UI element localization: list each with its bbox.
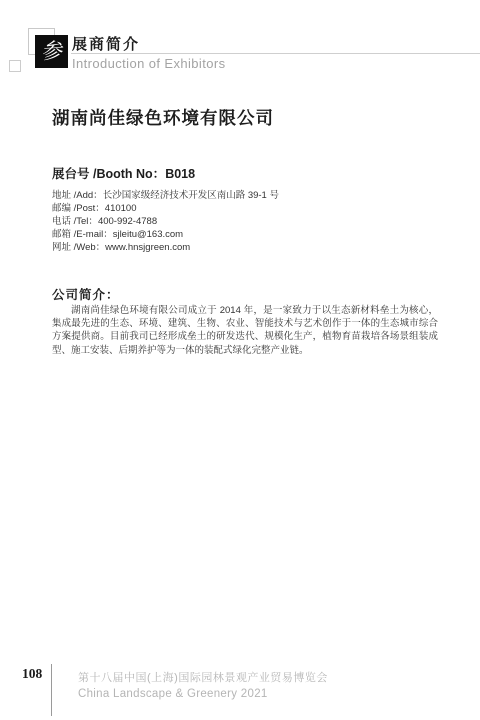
section-title-english: Introduction of Exhibitors	[72, 56, 225, 71]
chapter-three-calligraphy-glyph: 参	[40, 40, 62, 62]
website-value: www.hnsjgreen.com	[105, 242, 190, 253]
company-profile-paragraph: 湖南尚佳绿色环境有限公司成立于 2014 年，是一家致力于以生态新材料垒土为核心…	[52, 304, 438, 357]
booth-number-label: 展台号 /Booth No：	[52, 167, 165, 181]
section-number-emblem: 参	[35, 35, 68, 68]
contact-row-address: 地址 /Add：长沙国家级经济技术开发区南山路 39-1 号	[52, 189, 442, 202]
contact-row-website: 网址 /Web：www.hnsjgreen.com	[52, 241, 442, 254]
fair-name-chinese: 第十八届中国(上海)国际园林景观产业贸易博览会	[78, 669, 328, 685]
header-divider-line	[71, 53, 480, 54]
section-title-chinese: 展商简介	[72, 33, 140, 54]
company-profile-heading: 公司简介：	[52, 285, 120, 303]
address-value: 长沙国家级经济技术开发区南山路 39-1 号	[103, 190, 279, 201]
contact-row-telephone: 电话 /Tel：400-992-4788	[52, 215, 442, 228]
contact-info-block: 地址 /Add：长沙国家级经济技术开发区南山路 39-1 号 邮编 /Post：…	[52, 189, 442, 254]
email-value: sjleitu@163.com	[113, 229, 183, 240]
page-number: 108	[22, 666, 42, 682]
telephone-value: 400-992-4788	[98, 216, 157, 227]
telephone-label: 电话 /Tel：	[52, 216, 98, 227]
postcode-value: 410100	[105, 203, 137, 214]
footer-divider-line	[51, 664, 52, 716]
decorative-small-square	[9, 60, 21, 72]
booth-number-line: 展台号 /Booth No：B018	[52, 164, 195, 182]
postcode-label: 邮编 /Post：	[52, 203, 105, 214]
catalog-page: 参 展商简介 Introduction of Exhibitors 湖南尚佳绿色…	[0, 0, 480, 720]
contact-row-postcode: 邮编 /Post：410100	[52, 202, 442, 215]
website-label: 网址 /Web：	[52, 242, 105, 253]
booth-number-value: B018	[165, 167, 195, 181]
fair-name-english: China Landscape & Greenery 2021	[78, 688, 268, 700]
address-label: 地址 /Add：	[52, 190, 103, 201]
company-name: 湖南尚佳绿色环境有限公司	[52, 105, 274, 130]
email-label: 邮箱 /E-mail：	[52, 229, 113, 240]
contact-row-email: 邮箱 /E-mail：sjleitu@163.com	[52, 228, 442, 241]
